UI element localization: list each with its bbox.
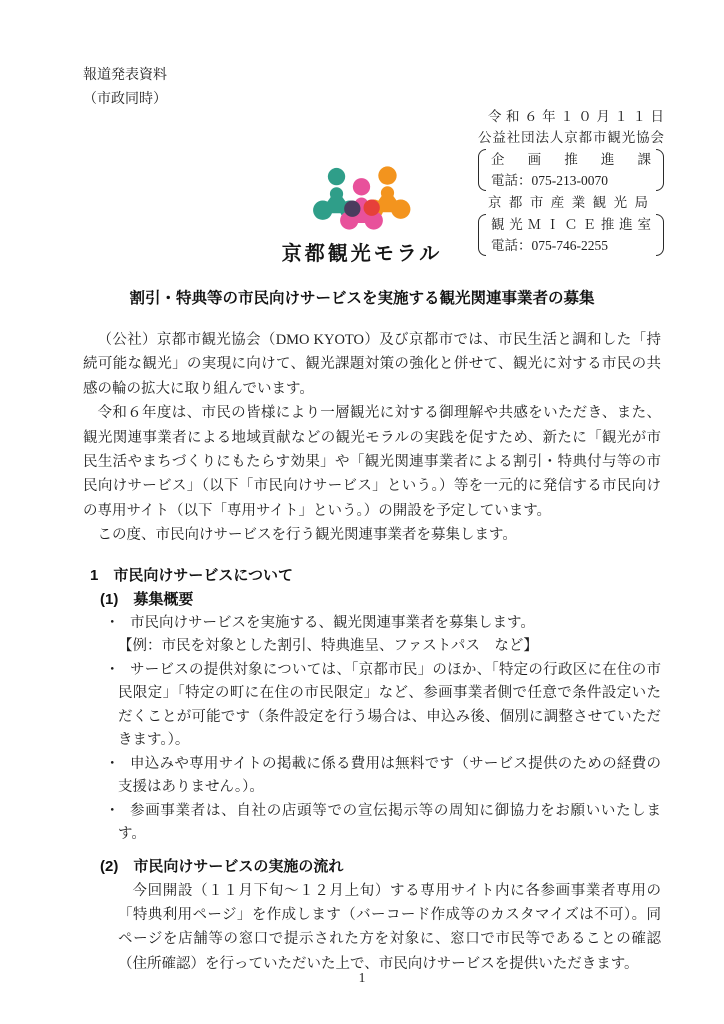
simultaneous-note: （市政同時） [83,88,167,112]
bullet-marker: ・ [105,800,120,824]
doc-type-label: 報道発表資料 [83,64,167,88]
kyoto-kanko-moral-logo-icon [309,163,415,233]
intro-paragraph-1: （公社）京都市観光協会（DMO KYOTO）及び京都市では、市民生活と調和した「… [83,328,661,401]
section1-heading: 1 市民向けサービスについて [83,564,661,588]
logo-text: 京都観光モラル [0,237,724,266]
bullet-text: 市民向けサービスを実施する、観光関連事業者を募集します。 [130,615,535,631]
subsection2-heading: (2) 市民向けサービスの実施の流れ [83,855,661,879]
subsection1-heading: (1) 募集概要 [83,588,661,612]
intro-paragraph-3: この度、市民向けサービスを行う観光関連事業者を募集します。 [83,523,661,547]
document-page: 報道発表資料 （市政同時） 令和６年１０月１１日 公益社団法人京都市観光協会 企… [0,0,724,1024]
doc-title: 割引・特典等の市民向けサービスを実施する観光関連事業者の募集 [0,286,724,308]
release-date: 令和６年１０月１１日 [478,106,664,127]
bullet-marker: ・ [105,753,120,777]
logo: 京都観光モラル [0,163,724,266]
page-number: 1 [0,970,724,986]
header-left: 報道発表資料 （市政同時） [83,64,167,112]
content: （公社）京都市観光協会（DMO KYOTO）及び京都市では、市民生活と調和した「… [83,328,661,976]
bullet-item: ・ 参画事業者は、自社の店頭等での宣伝掲示等の周知に御協力をお願いいたします。 [83,800,661,847]
bullet-item: ・ サービスの提供対象については、「京都市民」のほか、「特定の行政区に在住の市民… [83,659,661,753]
purple-dot-icon [344,201,360,217]
bullet-item: ・ 申込みや専用サイトの掲載に係る費用は無料です（サービス提供のための経費の支援… [83,753,661,800]
bullet-list: ・ 市民向けサービスを実施する、観光関連事業者を募集します。 【例：市民を対象と… [83,612,661,847]
bullet-marker: ・ [105,612,120,636]
example-note: 【例：市民を対象とした割引、特典進呈、ファストパス など】 [83,635,661,659]
intro-paragraph-2: 令和６年度は、市民の皆様により一層観光に対する御理解や共感をいただき、また、観光… [83,401,661,523]
bullet-text: 申込みや専用サイトの掲載に係る費用は無料です（サービス提供のための経費の支援はあ… [118,756,661,796]
red-dot-icon [364,200,380,216]
subsection2-body: 今回開設（１１月下旬～１２月上旬）する専用サイト内に各参画事業者専用の「特典利用… [83,879,661,976]
bullet-text: サービスの提供対象については、「京都市民」のほか、「特定の行政区に在住の市民限定… [118,662,661,749]
bullet-item: ・ 市民向けサービスを実施する、観光関連事業者を募集します。 [83,612,661,636]
association-name: 公益社団法人京都市観光協会 [478,127,664,148]
bullet-text: 参画事業者は、自社の店頭等での宣伝掲示等の周知に御協力をお願いいたします。 [118,803,661,843]
bullet-marker: ・ [105,659,120,683]
